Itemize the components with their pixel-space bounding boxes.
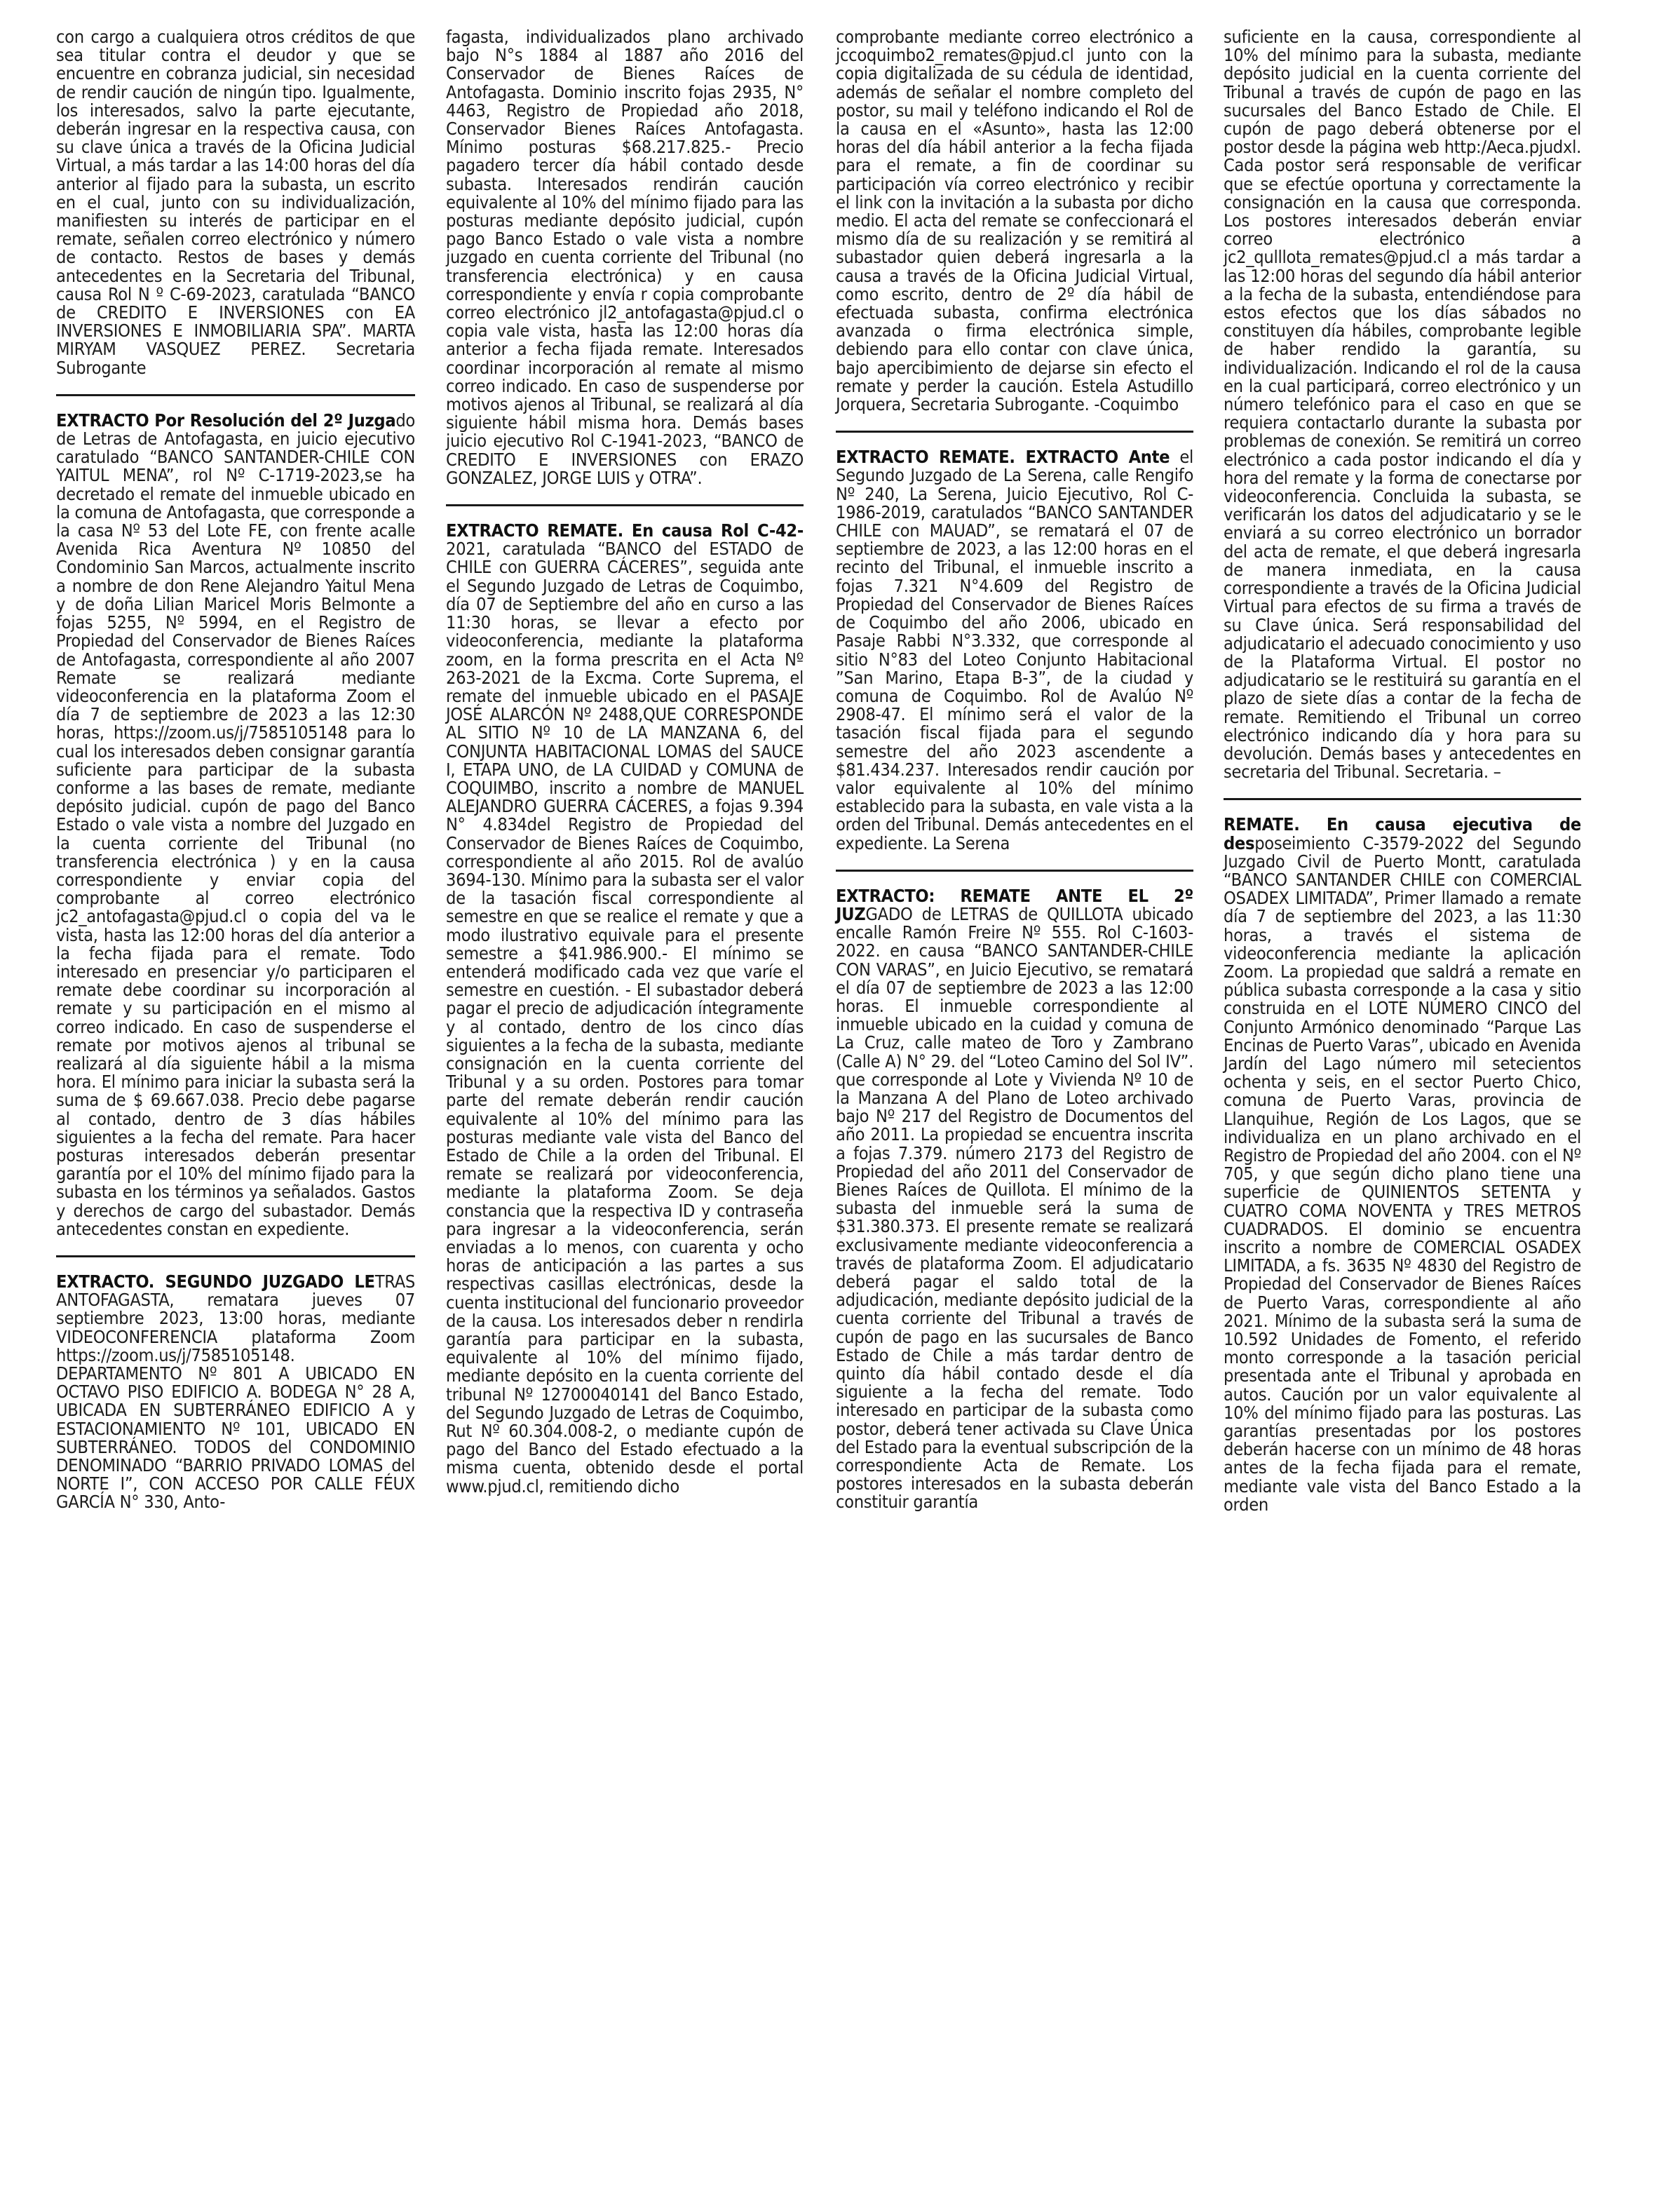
notice-extracto-remate-c42-2021: EXTRACTO REMATE. En causa Rol C-42-2021,… [446, 522, 804, 1496]
notice-continuation-coquimbo: comprobante mediante correo electrónico … [836, 28, 1193, 414]
notice-divider [836, 870, 1193, 872]
notice-divider [56, 394, 415, 396]
notice-divider [56, 1255, 415, 1257]
notice-body: EXTRACTO REMATE. EXTRACTO Ante el Segund… [836, 448, 1193, 852]
notice-extracto-remate-quillota: EXTRACTO: REMATE ANTE EL 2º JUZGADO de L… [836, 887, 1193, 1512]
notice-body: suficiente en la causa, correspondiente … [1224, 28, 1581, 781]
column-1: con cargo a cualquiera otros créditos de… [56, 28, 415, 1512]
notice-divider [446, 504, 804, 506]
notice-remate-puerto-montt: REMATE. En causa ejecutiva de desposeimi… [1224, 816, 1581, 1514]
notice-lead: EXTRACTO REMATE. EXTRACTO Ante [836, 447, 1170, 467]
notice-continuation-c69-2023: con cargo a cualquiera otros créditos de… [56, 28, 415, 377]
notice-body: EXTRACTO: REMATE ANTE EL 2º JUZGADO de L… [836, 887, 1193, 1512]
notice-extracto-antofagasta-c1719-2023: EXTRACTO Por Resolución del 2º Juzgado d… [56, 412, 415, 1238]
notice-body: EXTRACTO Por Resolución del 2º Juzgado d… [56, 412, 415, 1238]
column-4: suficiente en la causa, correspondiente … [1224, 28, 1581, 1514]
notice-continuation-c1941-2023: fagasta, individualizados plano archivad… [446, 28, 804, 487]
notice-body: fagasta, individualizados plano archivad… [446, 28, 804, 487]
notice-body: con cargo a cualquiera otros créditos de… [56, 28, 415, 377]
notice-extracto-segundo-juzgado-antofagasta: EXTRACTO. SEGUNDO JUZGADO LETRAS ANTOFAG… [56, 1273, 415, 1512]
notice-body: comprobante mediante correo electrónico … [836, 28, 1193, 414]
notice-divider [1224, 798, 1581, 800]
legal-notices-page: con cargo a cualquiera otros créditos de… [0, 0, 1680, 2202]
notice-body: EXTRACTO. SEGUNDO JUZGADO LETRAS ANTOFAG… [56, 1273, 415, 1512]
notice-lead: EXTRACTO Por Resolución del 2º Juzga [56, 410, 395, 431]
notice-body: EXTRACTO REMATE. En causa Rol C-42-2021,… [446, 522, 804, 1496]
notice-continuation-quillota: suficiente en la causa, correspondiente … [1224, 28, 1581, 781]
notice-lead: EXTRACTO REMATE. En causa Rol C-42- [446, 520, 804, 541]
column-3: comprobante mediante correo electrónico … [836, 28, 1193, 1512]
notice-extracto-remate-la-serena: EXTRACTO REMATE. EXTRACTO Ante el Segund… [836, 448, 1193, 852]
notice-lead: EXTRACTO. SEGUNDO JUZGADO LE [56, 1271, 375, 1292]
notice-divider [836, 431, 1193, 433]
notice-body: REMATE. En causa ejecutiva de desposeimi… [1224, 816, 1581, 1514]
column-2: fagasta, individualizados plano archivad… [446, 28, 804, 1496]
